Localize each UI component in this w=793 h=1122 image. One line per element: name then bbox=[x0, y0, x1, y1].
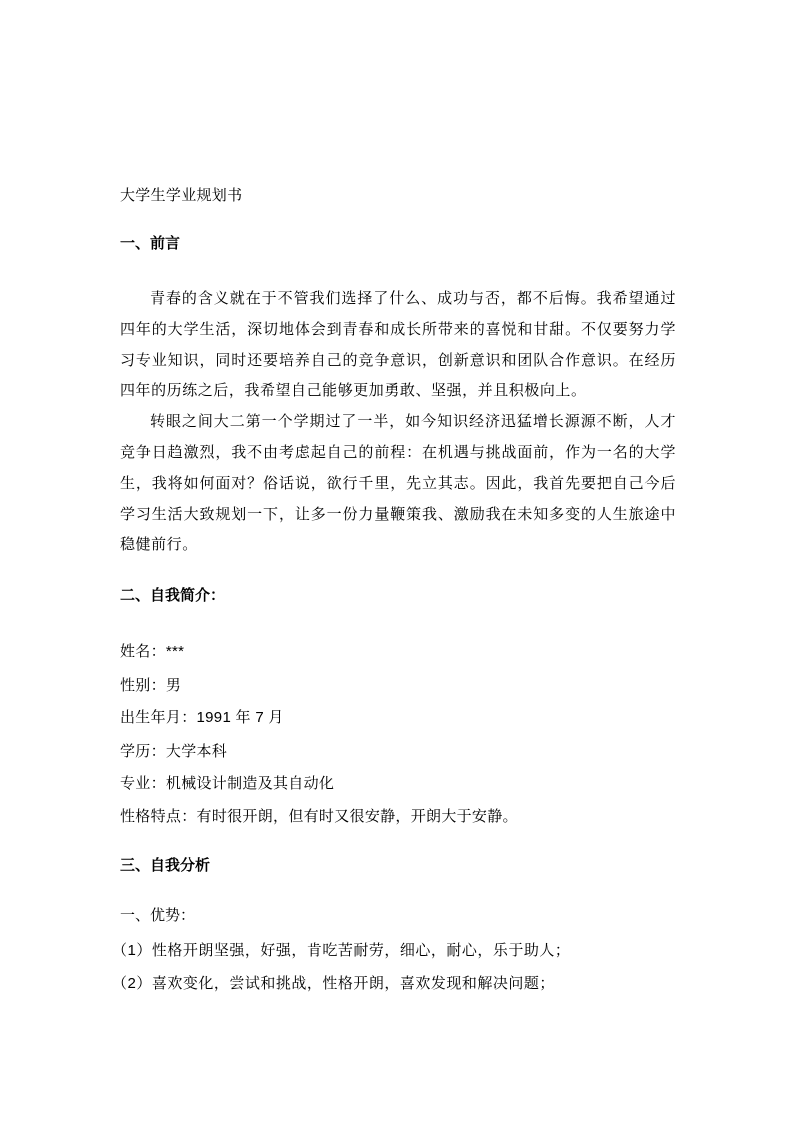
info-item-gender: 性别：男 bbox=[120, 669, 676, 702]
self-intro-list: 姓名：*** 性别：男 出生年月：1991 年 7 月 学历：大学本科 专业：机… bbox=[120, 635, 676, 832]
info-item-major: 专业：机械设计制造及其自动化 bbox=[120, 767, 676, 800]
preface-paragraph-1: 青春的含义就在于不管我们选择了什么、成功与否，都不后悔。我希望通过四年的大学生活… bbox=[120, 283, 676, 406]
strengths-list: （1）性格开朗坚强，好强，肯吃苦耐劳，细心，耐心，乐于助人； （2）喜欢变化，尝… bbox=[112, 934, 676, 1000]
document-title: 大学生学业规划书 bbox=[120, 185, 676, 205]
document-page: 大学生学业规划书 一、前言 青春的含义就在于不管我们选择了什么、成功与否，都不后… bbox=[120, 185, 676, 1000]
info-label: 性格特点： bbox=[120, 807, 197, 825]
strength-item: （1）性格开朗坚强，好强，肯吃苦耐劳，细心，耐心，乐于助人； bbox=[112, 934, 676, 967]
subheading-strengths: 一、优势： bbox=[120, 905, 676, 925]
info-label: 姓名： bbox=[120, 642, 166, 660]
info-value: 机械设计制造及其自动化 bbox=[166, 774, 334, 792]
info-label: 专业： bbox=[120, 774, 166, 792]
section-heading-self-intro: 二、自我简介： bbox=[120, 585, 676, 605]
info-value: 1991 年 7 月 bbox=[197, 709, 284, 726]
info-item-name: 姓名：*** bbox=[120, 635, 676, 669]
info-item-birth: 出生年月：1991 年 7 月 bbox=[120, 701, 676, 735]
item-number: （2） bbox=[112, 975, 152, 992]
info-value: *** bbox=[166, 643, 184, 660]
info-item-education: 学历：大学本科 bbox=[120, 735, 676, 768]
info-label: 性别： bbox=[120, 676, 166, 694]
info-item-personality: 性格特点：有时很开朗，但有时又很安静，开朗大于安静。 bbox=[120, 800, 676, 833]
preface-paragraph-2: 转眼之间大二第一个学期过了一半，如今知识经济迅猛增长源源不断，人才竞争日趋激烈，… bbox=[120, 406, 676, 560]
info-value: 男 bbox=[166, 676, 181, 694]
section-heading-preface: 一、前言 bbox=[120, 233, 676, 253]
info-label: 出生年月： bbox=[120, 708, 197, 726]
item-number: （1） bbox=[112, 942, 152, 959]
strength-item: （2）喜欢变化，尝试和挑战，性格开朗，喜欢发现和解决问题； bbox=[112, 967, 676, 1000]
info-value: 有时很开朗，但有时又很安静，开朗大于安静。 bbox=[197, 807, 518, 825]
item-text: 性格开朗坚强，好强，肯吃苦耐劳，细心，耐心，乐于助人； bbox=[152, 941, 571, 959]
info-label: 学历： bbox=[120, 742, 166, 760]
section-heading-self-analysis: 三、自我分析 bbox=[120, 855, 676, 875]
info-value: 大学本科 bbox=[166, 742, 227, 760]
item-text: 喜欢变化，尝试和挑战，性格开朗，喜欢发现和解决问题； bbox=[152, 974, 555, 992]
